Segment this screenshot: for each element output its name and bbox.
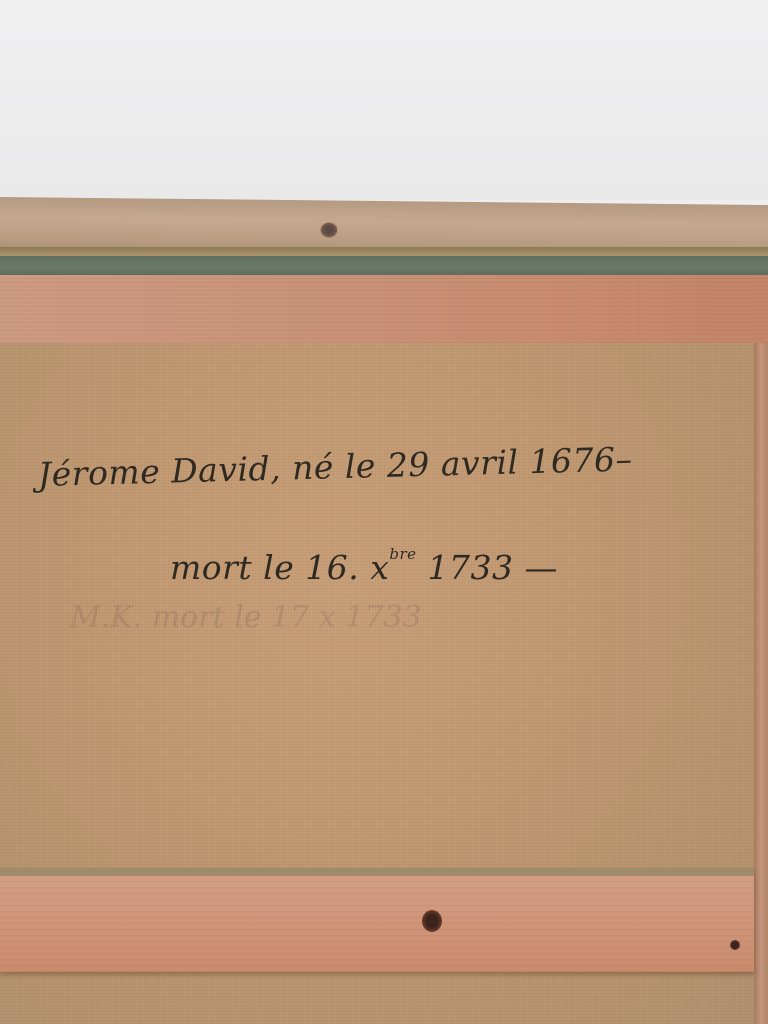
wood-knot — [422, 910, 442, 932]
white-backdrop — [0, 0, 768, 200]
inscription-superscript: bre — [389, 545, 416, 563]
stretcher-bar-bottom — [0, 868, 754, 972]
faint-pencil-inscription: M.K. mort le 17 x 1733 — [70, 600, 422, 635]
nail-head — [320, 222, 338, 238]
wood-knot-small — [730, 940, 740, 950]
inscription-line-2-end: 1733 — — [417, 548, 558, 587]
stretcher-bar-right — [754, 343, 768, 1024]
stretcher-bar-top — [0, 275, 768, 345]
green-painted-strip — [0, 256, 768, 276]
inscription-line-2: mort le 16. xbre 1733 — — [170, 545, 558, 587]
inscription-line-2-main: mort le 16. x — [170, 548, 389, 587]
